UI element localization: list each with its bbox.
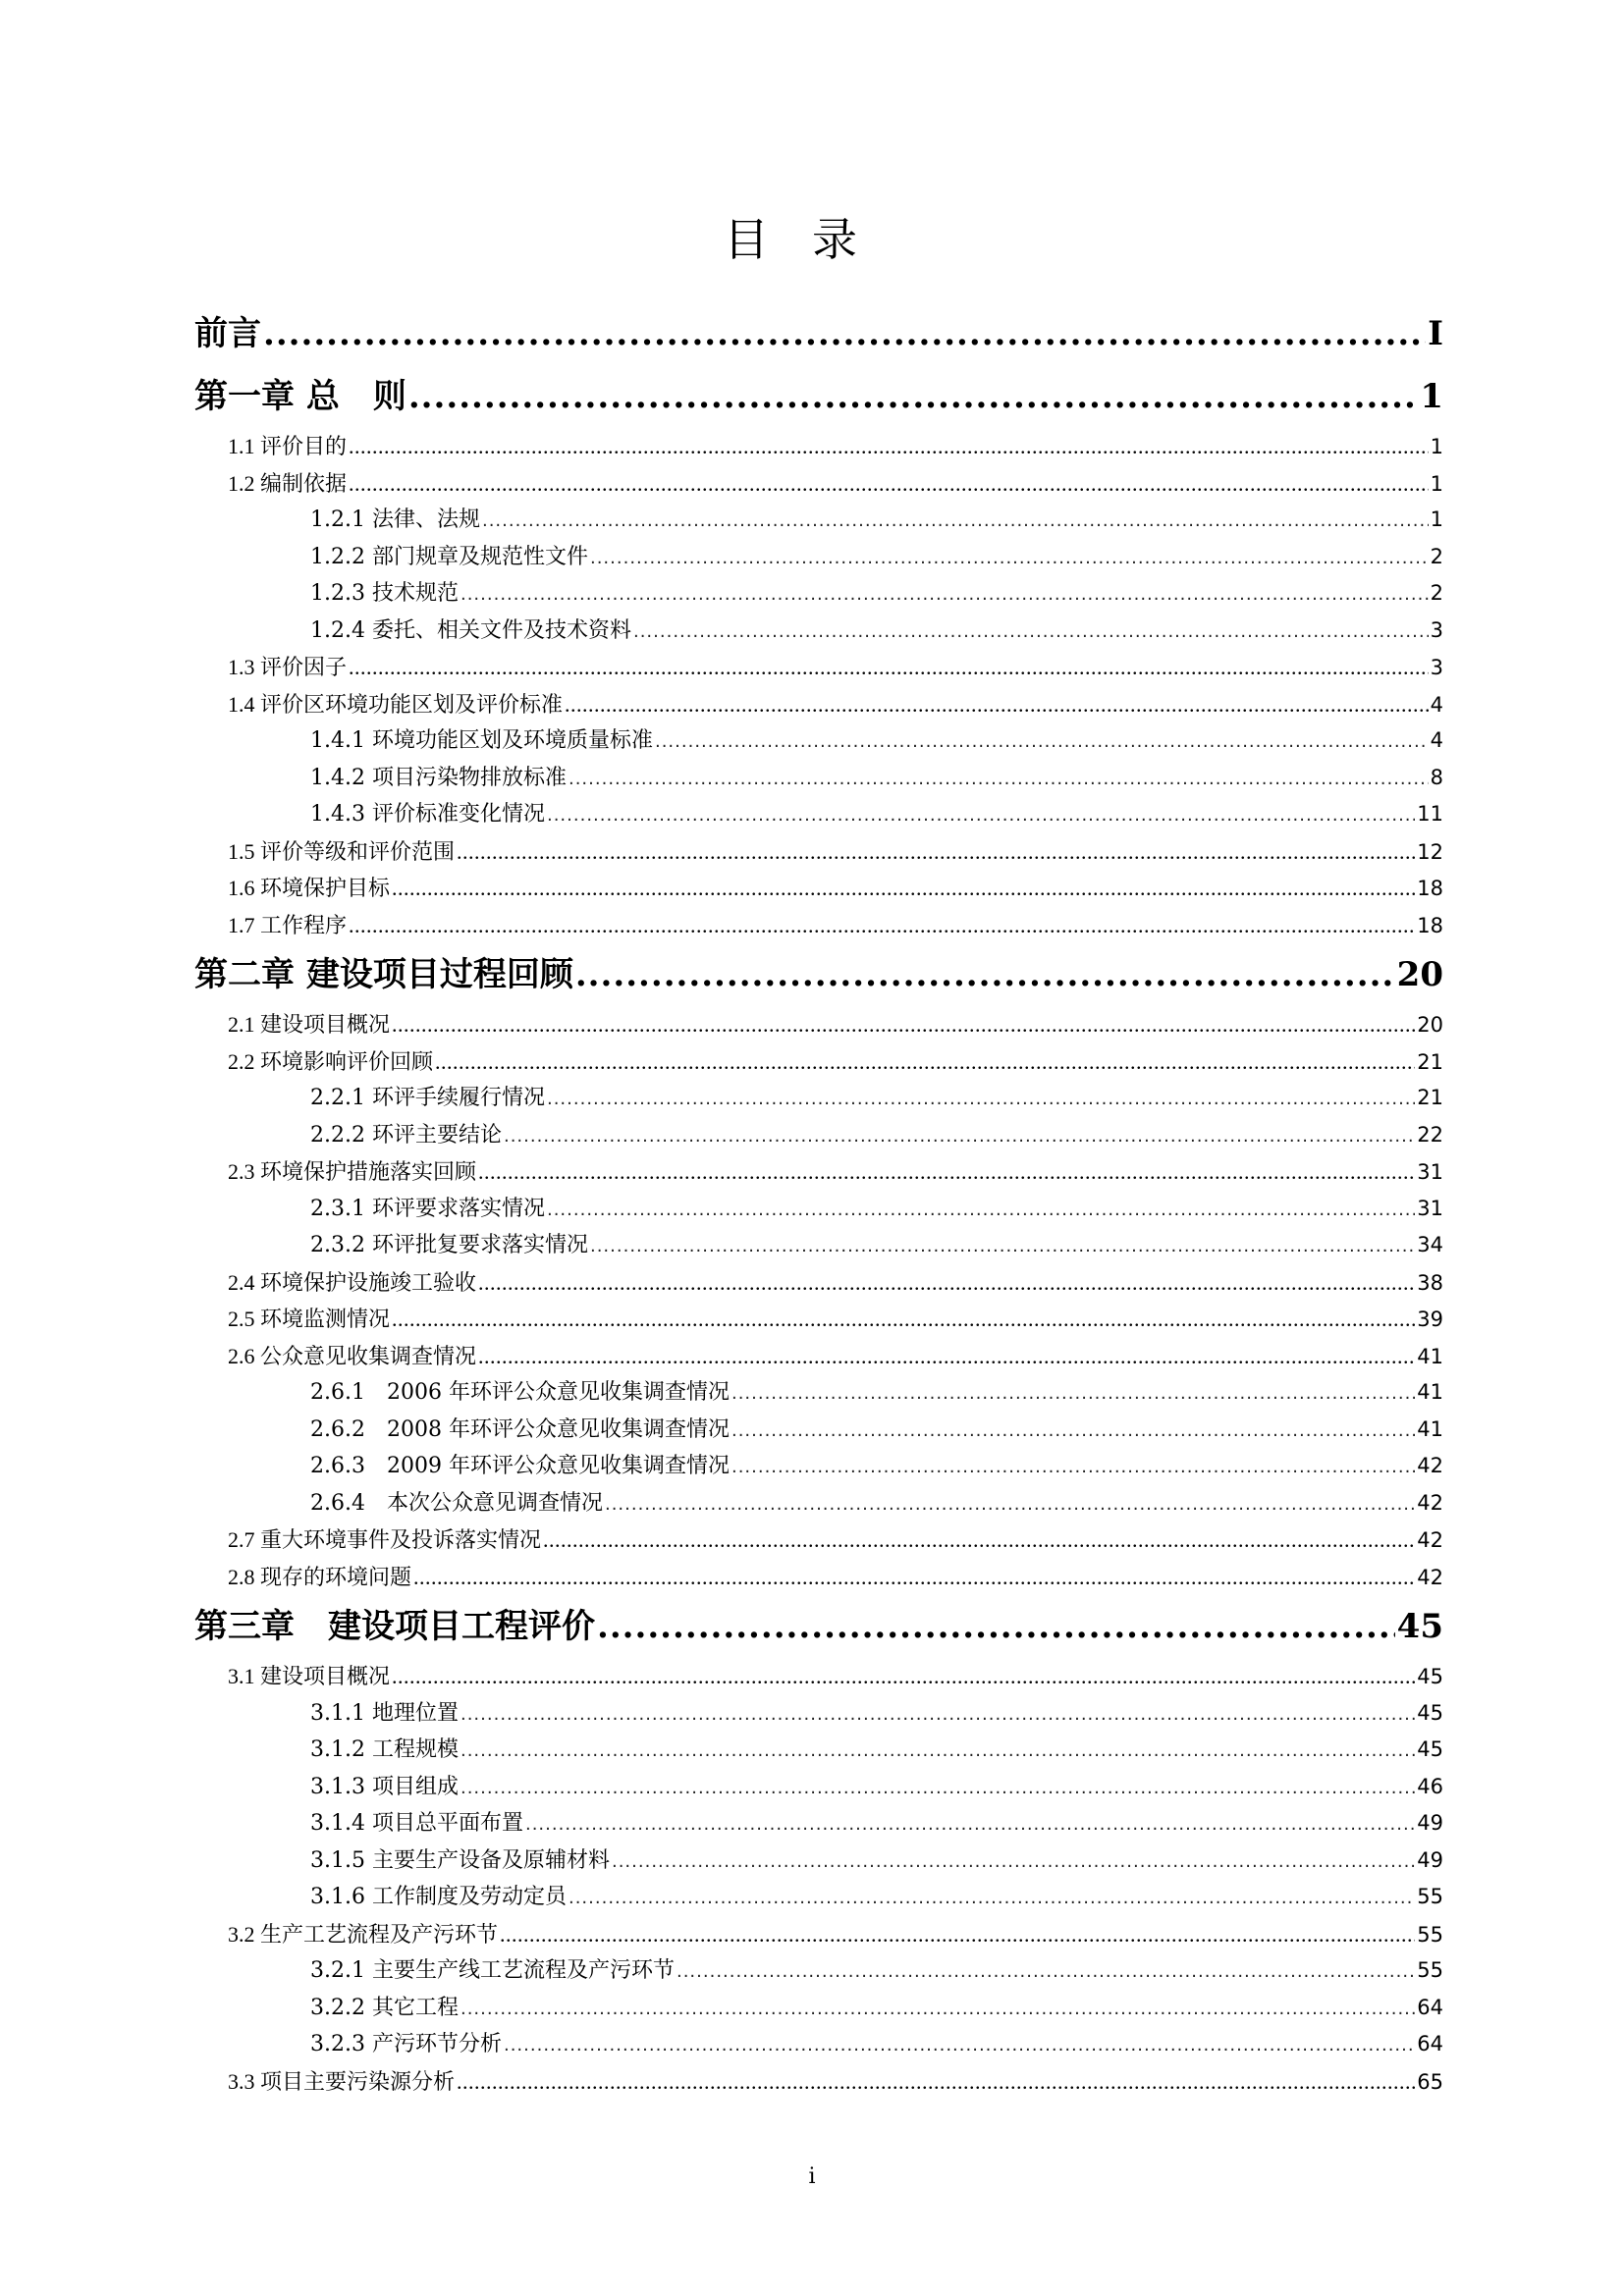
toc-page: 20 [1397, 943, 1443, 1006]
toc-label: 第二章 建设项目过程回顾 [194, 943, 573, 1006]
toc-entry[interactable]: 2.6.4 本次公众意见调查情况42 [194, 1485, 1443, 1522]
toc-entry[interactable]: 2.5 环境监测情况39 [194, 1301, 1443, 1338]
dot-leader [731, 1413, 1415, 1450]
toc-page: 20 [1417, 1007, 1443, 1044]
toc-entry[interactable]: 1.2 编制依据1 [194, 465, 1443, 503]
toc-label: 2.3.2 环评批复要求落实情况 [310, 1227, 588, 1264]
dot-leader [633, 614, 1429, 651]
dot-leader [408, 365, 1418, 428]
dot-leader [460, 1696, 1415, 1734]
toc-page: 46 [1417, 1769, 1443, 1806]
dot-leader [547, 1081, 1415, 1118]
toc-label: 2.2 环境影响评价回顾 [228, 1043, 433, 1081]
toc-page: 41 [1417, 1374, 1443, 1412]
toc-page: 55 [1417, 1917, 1443, 1954]
toc-label: 2.6.2 2008 年环评公众意见收集调查情况 [310, 1412, 730, 1449]
dot-leader [565, 686, 1429, 723]
dot-leader [478, 1264, 1415, 1302]
toc-page: 45 [1397, 1595, 1443, 1658]
toc-entry[interactable]: 1.4.2 项目污染物排放标准8 [194, 760, 1443, 797]
toc-entry[interactable]: 1.4 评价区环境功能区划及评价标准4 [194, 686, 1443, 723]
dot-leader [392, 1301, 1415, 1338]
toc-entry[interactable]: 1.2.1 法律、法规1 [194, 502, 1443, 539]
toc-label: 1.4.2 项目污染物排放标准 [310, 760, 567, 797]
dot-leader [263, 302, 1426, 365]
toc-label: 3.2 生产工艺流程及产污环节 [228, 1916, 498, 1953]
toc-label: 3.1 建设项目概况 [228, 1658, 390, 1695]
dot-leader [349, 428, 1429, 465]
toc-page: 21 [1417, 1080, 1443, 1117]
toc-label: 1.4.3 评价标准变化情况 [310, 796, 545, 833]
toc-page: 64 [1417, 1990, 1443, 2027]
toc-page: 42 [1417, 1560, 1443, 1597]
toc-entry-chapter-3[interactable]: 第三章 建设项目工程评价45 [194, 1595, 1443, 1658]
toc-page: 21 [1417, 1044, 1443, 1082]
toc-label: 3.2.1 主要生产线工艺流程及产污环节 [310, 1952, 675, 1990]
dot-leader [500, 1916, 1415, 1953]
toc-entry[interactable]: 3.1.4 项目总平面布置49 [194, 1805, 1443, 1842]
page-title: 目录 [0, 204, 1624, 269]
toc-entry[interactable]: 2.6.2 2008 年环评公众意见收集调查情况41 [194, 1412, 1443, 1449]
toc-page: 55 [1417, 1879, 1443, 1916]
dot-leader [392, 1658, 1415, 1695]
toc-page: 34 [1417, 1227, 1443, 1264]
page-number: i [0, 2164, 1624, 2189]
toc-label: 3.1.2 工程规模 [310, 1732, 459, 1769]
toc-label: 2.3.1 环评要求落实情况 [310, 1191, 545, 1228]
toc-label: 2.6.1 2006 年环评公众意见收集调查情况 [310, 1374, 730, 1412]
toc-label: 1.2.2 部门规章及规范性文件 [310, 539, 588, 576]
toc-page: 64 [1417, 2026, 1443, 2063]
toc-entry[interactable]: 3.2.3 产污环节分析64 [194, 2026, 1443, 2063]
dot-leader [590, 540, 1429, 577]
toc-label: 2.2.2 环评主要结论 [310, 1117, 502, 1154]
toc-label: 3.2.3 产污环节分析 [310, 2026, 502, 2063]
toc-entry[interactable]: 1.2.3 技术规范2 [194, 575, 1443, 613]
toc-page: 41 [1417, 1412, 1443, 1449]
toc-page: 2 [1431, 575, 1443, 613]
dot-leader [597, 1595, 1395, 1658]
toc-entry[interactable]: 2.2.2 环评主要结论22 [194, 1117, 1443, 1154]
dot-leader [575, 943, 1395, 1006]
dot-leader [349, 465, 1429, 503]
toc-label: 1.4 评价区环境功能区划及评价标准 [228, 686, 563, 723]
dot-leader [460, 1733, 1415, 1770]
toc-entry[interactable]: 1.3 评价因子3 [194, 649, 1443, 686]
toc-entry[interactable]: 3.3 项目主要污染源分析65 [194, 2063, 1443, 2101]
toc-label: 3.3 项目主要污染源分析 [228, 2063, 455, 2101]
toc-label: 1.2.1 法律、法规 [310, 502, 480, 539]
toc-page: 12 [1417, 834, 1443, 872]
toc-page: 18 [1417, 908, 1443, 945]
dot-leader [677, 1953, 1415, 1991]
toc-label: 1.6 环境保护目标 [228, 870, 390, 907]
toc-label: 第一章 总 则 [194, 365, 406, 428]
toc-page: 4 [1431, 722, 1443, 760]
toc-page: 42 [1417, 1522, 1443, 1560]
toc-entry[interactable]: 3.1.2 工程规模45 [194, 1732, 1443, 1769]
toc-entry[interactable]: 2.2.1 环评手续履行情况21 [194, 1080, 1443, 1117]
toc-page: 45 [1417, 1732, 1443, 1769]
toc-page: I [1428, 302, 1443, 365]
toc-page: 18 [1417, 871, 1443, 908]
toc-page: 49 [1417, 1842, 1443, 1880]
dot-leader [478, 1338, 1415, 1375]
toc-entry[interactable]: 2.4 环境保护设施竣工验收38 [194, 1264, 1443, 1302]
toc-label: 3.1.6 工作制度及劳动定员 [310, 1879, 567, 1916]
dot-leader [349, 649, 1429, 686]
toc-page: 42 [1417, 1485, 1443, 1522]
toc-entry[interactable]: 1.4.1 环境功能区划及环境质量标准4 [194, 722, 1443, 760]
dot-leader [655, 723, 1429, 761]
toc-label: 2.1 建设项目概况 [228, 1006, 390, 1043]
toc-label: 2.3 环境保护措施落实回顾 [228, 1153, 476, 1191]
toc-label: 2.7 重大环境事件及投诉落实情况 [228, 1522, 541, 1559]
toc-page: 31 [1417, 1154, 1443, 1192]
toc-page: 3 [1431, 613, 1443, 650]
dot-leader [478, 1153, 1415, 1191]
toc-page: 49 [1417, 1805, 1443, 1842]
dot-leader [460, 1770, 1415, 1807]
dot-leader [482, 503, 1429, 540]
toc-entry[interactable]: 3.1.1 地理位置45 [194, 1695, 1443, 1733]
toc-entry[interactable]: 2.6.1 2006 年环评公众意见收集调查情况41 [194, 1374, 1443, 1412]
toc-label: 3.1.3 项目组成 [310, 1769, 459, 1806]
toc-label: 2.8 现存的环境问题 [228, 1559, 411, 1596]
toc-entry-foreword[interactable]: 前言I [194, 302, 1443, 365]
dot-leader [568, 1880, 1415, 1917]
toc-page: 1 [1431, 502, 1443, 539]
dot-leader [460, 1991, 1415, 2028]
toc-label: 1.2.3 技术规范 [310, 575, 459, 613]
toc-entry[interactable]: 1.2.2 部门规章及规范性文件2 [194, 539, 1443, 576]
dot-leader [731, 1375, 1415, 1413]
toc-entry[interactable]: 3.1 建设项目概况45 [194, 1658, 1443, 1695]
toc-entry[interactable]: 2.3.1 环评要求落实情况31 [194, 1191, 1443, 1228]
toc-page: 1 [1420, 365, 1443, 428]
dot-leader [543, 1522, 1415, 1559]
dot-leader [731, 1449, 1415, 1486]
toc-label: 第三章 建设项目工程评价 [194, 1595, 595, 1658]
toc-entry[interactable]: 3.2.2 其它工程64 [194, 1990, 1443, 2027]
toc-entry[interactable]: 3.2.1 主要生产线工艺流程及产污环节55 [194, 1952, 1443, 1990]
toc-label: 2.6.3 2009 年环评公众意见收集调查情况 [310, 1448, 730, 1485]
toc-entry[interactable]: 2.6.3 2009 年环评公众意见收集调查情况42 [194, 1448, 1443, 1485]
dot-leader [460, 576, 1429, 614]
dot-leader [525, 1806, 1415, 1843]
toc-entry[interactable]: 1.4.3 评价标准变化情况11 [194, 796, 1443, 833]
toc-page: 39 [1417, 1302, 1443, 1339]
toc-entry[interactable]: 2.3.2 环评批复要求落实情况34 [194, 1227, 1443, 1264]
toc-page: 41 [1417, 1339, 1443, 1376]
dot-leader [392, 870, 1415, 907]
dot-leader [435, 1043, 1415, 1081]
toc-page: 45 [1417, 1659, 1443, 1696]
dot-leader [590, 1228, 1415, 1265]
toc-label: 2.4 环境保护设施竣工验收 [228, 1264, 476, 1302]
dot-leader [504, 1118, 1415, 1155]
dot-leader [349, 907, 1415, 944]
toc-entry-chapter-1[interactable]: 第一章 总 则1 [194, 365, 1443, 428]
toc-entry[interactable]: 3.1.6 工作制度及劳动定员55 [194, 1879, 1443, 1916]
table-of-contents: 前言I 第一章 总 则1 1.1 评价目的1 1.2 编制依据1 1.2.1 法… [194, 302, 1443, 2100]
toc-page: 22 [1417, 1117, 1443, 1154]
toc-label: 3.1.4 项目总平面布置 [310, 1805, 523, 1842]
toc-page: 65 [1417, 2064, 1443, 2102]
dot-leader [504, 2027, 1415, 2064]
toc-page: 11 [1417, 796, 1443, 833]
toc-entry[interactable]: 1.6 环境保护目标18 [194, 870, 1443, 907]
toc-entry[interactable]: 2.6 公众意见收集调查情况41 [194, 1338, 1443, 1375]
toc-label: 2.2.1 环评手续履行情况 [310, 1080, 545, 1117]
dot-leader [392, 1006, 1415, 1043]
toc-page: 45 [1417, 1695, 1443, 1733]
toc-entry[interactable]: 1.5 评价等级和评价范围12 [194, 833, 1443, 871]
toc-entry[interactable]: 2.7 重大环境事件及投诉落实情况42 [194, 1522, 1443, 1559]
toc-entry[interactable]: 3.2 生产工艺流程及产污环节55 [194, 1916, 1443, 1953]
toc-entry[interactable]: 2.8 现存的环境问题42 [194, 1559, 1443, 1596]
dot-leader [457, 2063, 1415, 2101]
toc-label: 1.2 编制依据 [228, 465, 347, 503]
toc-page: 8 [1431, 760, 1443, 797]
toc-page: 38 [1417, 1265, 1443, 1303]
dot-leader [568, 761, 1429, 798]
toc-entry[interactable]: 3.1.3 项目组成46 [194, 1769, 1443, 1806]
toc-label: 1.2.4 委托、相关文件及技术资料 [310, 613, 631, 650]
toc-label: 1.7 工作程序 [228, 907, 347, 944]
toc-label: 1.5 评价等级和评价范围 [228, 833, 455, 871]
dot-leader [547, 797, 1415, 834]
toc-label: 1.3 评价因子 [228, 649, 347, 686]
dot-leader [612, 1843, 1415, 1881]
toc-page: 4 [1431, 687, 1443, 724]
toc-page: 31 [1417, 1191, 1443, 1228]
toc-label: 2.6 公众意见收集调查情况 [228, 1338, 476, 1375]
dot-leader [547, 1192, 1415, 1229]
toc-page: 42 [1417, 1448, 1443, 1485]
toc-entry[interactable]: 2.2 环境影响评价回顾21 [194, 1043, 1443, 1081]
toc-entry-chapter-2[interactable]: 第二章 建设项目过程回顾20 [194, 943, 1443, 1006]
toc-page: 3 [1431, 650, 1443, 687]
toc-entry[interactable]: 2.3 环境保护措施落实回顾31 [194, 1153, 1443, 1191]
toc-entry[interactable]: 1.7 工作程序18 [194, 907, 1443, 944]
toc-label: 3.2.2 其它工程 [310, 1990, 459, 2027]
dot-leader [605, 1486, 1415, 1523]
dot-leader [413, 1559, 1415, 1596]
toc-entry[interactable]: 1.2.4 委托、相关文件及技术资料3 [194, 613, 1443, 650]
toc-entry[interactable]: 2.1 建设项目概况20 [194, 1006, 1443, 1043]
dot-leader [457, 833, 1415, 871]
toc-entry[interactable]: 1.1 评价目的1 [194, 428, 1443, 465]
toc-label: 1.1 评价目的 [228, 428, 347, 465]
toc-label: 前言 [194, 302, 261, 365]
toc-label: 3.1.5 主要生产设备及原辅材料 [310, 1842, 610, 1880]
toc-label: 2.6.4 本次公众意见调查情况 [310, 1485, 603, 1522]
toc-label: 3.1.1 地理位置 [310, 1695, 459, 1733]
toc-page: 55 [1417, 1952, 1443, 1990]
toc-page: 2 [1431, 539, 1443, 576]
toc-entry[interactable]: 3.1.5 主要生产设备及原辅材料49 [194, 1842, 1443, 1880]
toc-label: 1.4.1 环境功能区划及环境质量标准 [310, 722, 653, 760]
toc-page: 1 [1431, 429, 1443, 466]
toc-label: 2.5 环境监测情况 [228, 1301, 390, 1338]
toc-page: 1 [1431, 466, 1443, 504]
